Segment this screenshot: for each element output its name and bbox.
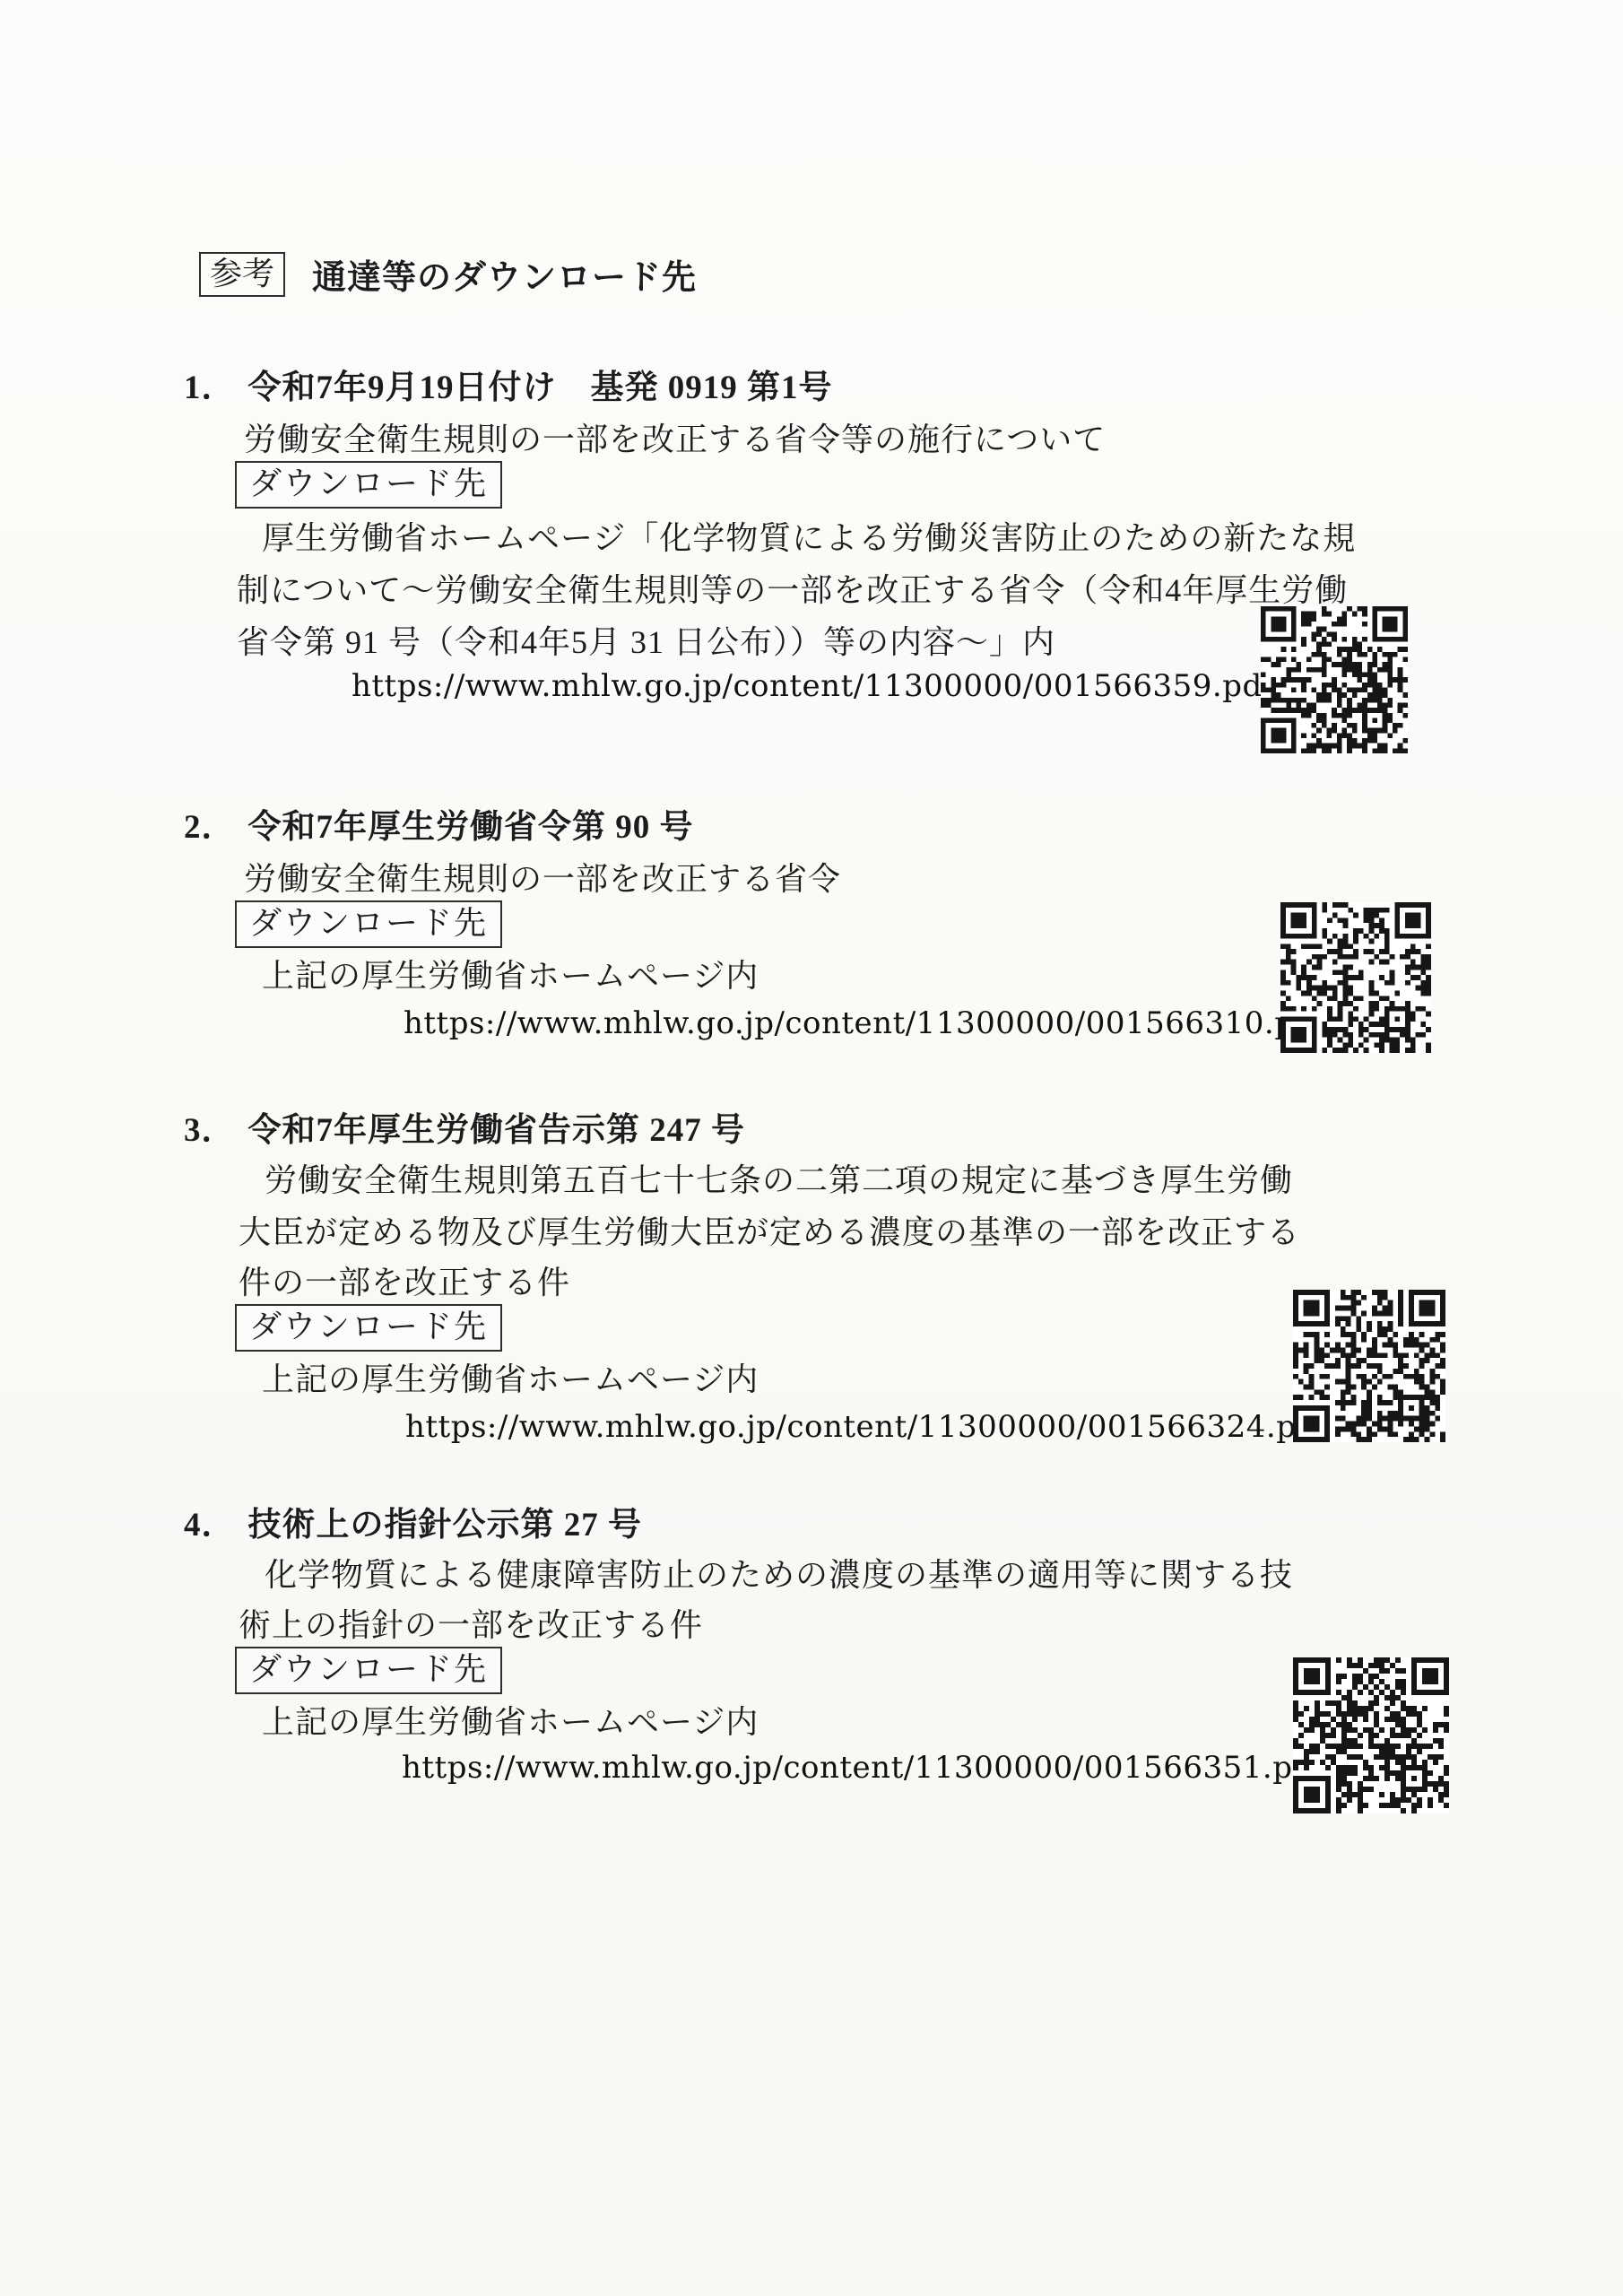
section-3-description: 大臣が定める物及び厚生労働大臣が定める濃度の基準の一部を改正する — [239, 1213, 1300, 1253]
section-2-title: 2．令和7年厚生労働省令第 90 号 — [184, 807, 694, 848]
section-3-location-line: 上記の厚生労働省ホームページ内 — [262, 1360, 759, 1400]
section-1-url: https://www.mhlw.go.jp/content/11300000/… — [352, 667, 1274, 706]
section-2-title-text: 令和7年厚生労働省令第 90 号 — [248, 809, 694, 846]
section-4-title-text: 技術上の指針公示第 27 号 — [248, 1507, 643, 1544]
document-header: 参考通達等のダウンロード先 — [199, 249, 697, 299]
reference-badge: 参考 — [199, 252, 285, 297]
section-2-description: 労働安全衛生規則の一部を改正する省令 — [244, 859, 841, 900]
section-1-location-line: 制について～労働安全衛生規則等の一部を改正する省令（令和4年厚生労働 — [237, 570, 1348, 611]
section-4-url: https://www.mhlw.go.jp/content/11300000/… — [402, 1749, 1324, 1787]
page-title: 通達等のダウンロード先 — [312, 259, 697, 297]
section-1-description: 労働安全衛生規則の一部を改正する省令等の施行について — [244, 420, 1106, 460]
section-3-download-label: ダウンロード先 — [235, 1304, 502, 1352]
section-4-description: 化学物質による健康障害防止のための濃度の基準の適用等に関する技 — [265, 1555, 1293, 1596]
qr-code-section-3 — [1293, 1290, 1445, 1442]
section-4-number: 4． — [184, 1507, 236, 1544]
qr-code-section-2 — [1280, 902, 1431, 1053]
section-1-download-label: ダウンロード先 — [235, 461, 502, 509]
section-2-url: https://www.mhlw.go.jp/content/11300000/… — [404, 1004, 1326, 1043]
section-1-location-line: 厚生労働省ホームページ「化学物質による労働災害防止のための新たな規 — [262, 518, 1356, 559]
section-3-url: https://www.mhlw.go.jp/content/11300000/… — [405, 1408, 1328, 1447]
section-2-download-label: ダウンロード先 — [235, 900, 502, 948]
section-2-location-line: 上記の厚生労働省ホームページ内 — [262, 956, 759, 996]
section-3-title-text: 令和7年厚生労働省告示第 247 号 — [248, 1112, 746, 1149]
section-3-title: 3．令和7年厚生労働省告示第 247 号 — [184, 1110, 745, 1152]
qr-code-section-1 — [1261, 606, 1408, 753]
section-1-title: 1．令和7年9月19日付け 基発 0919 第1号 — [184, 368, 833, 409]
scanned-document-page: 参考通達等のダウンロード先 1．令和7年9月19日付け 基発 0919 第1号 … — [0, 0, 1623, 2296]
section-4-download-label: ダウンロード先 — [235, 1647, 502, 1694]
section-1-number: 1． — [184, 370, 236, 406]
section-1-title-text: 令和7年9月19日付け 基発 0919 第1号 — [248, 370, 833, 406]
section-3-number: 3． — [184, 1112, 236, 1149]
section-2-number: 2． — [184, 809, 236, 846]
section-3-description: 労働安全衛生規則第五百七十七条の二第二項の規定に基づき厚生労働 — [265, 1161, 1293, 1201]
qr-code-section-4 — [1293, 1657, 1449, 1813]
section-4-description: 術上の指針の一部を改正する件 — [239, 1605, 703, 1646]
section-1-location-line: 省令第 91 号（令和4年5月 31 日公布））等の内容～」内 — [237, 622, 1055, 663]
section-4-title: 4．技術上の指針公示第 27 号 — [184, 1505, 642, 1546]
section-3-description: 件の一部を改正する件 — [239, 1263, 570, 1303]
section-4-location-line: 上記の厚生労働省ホームページ内 — [262, 1702, 759, 1743]
